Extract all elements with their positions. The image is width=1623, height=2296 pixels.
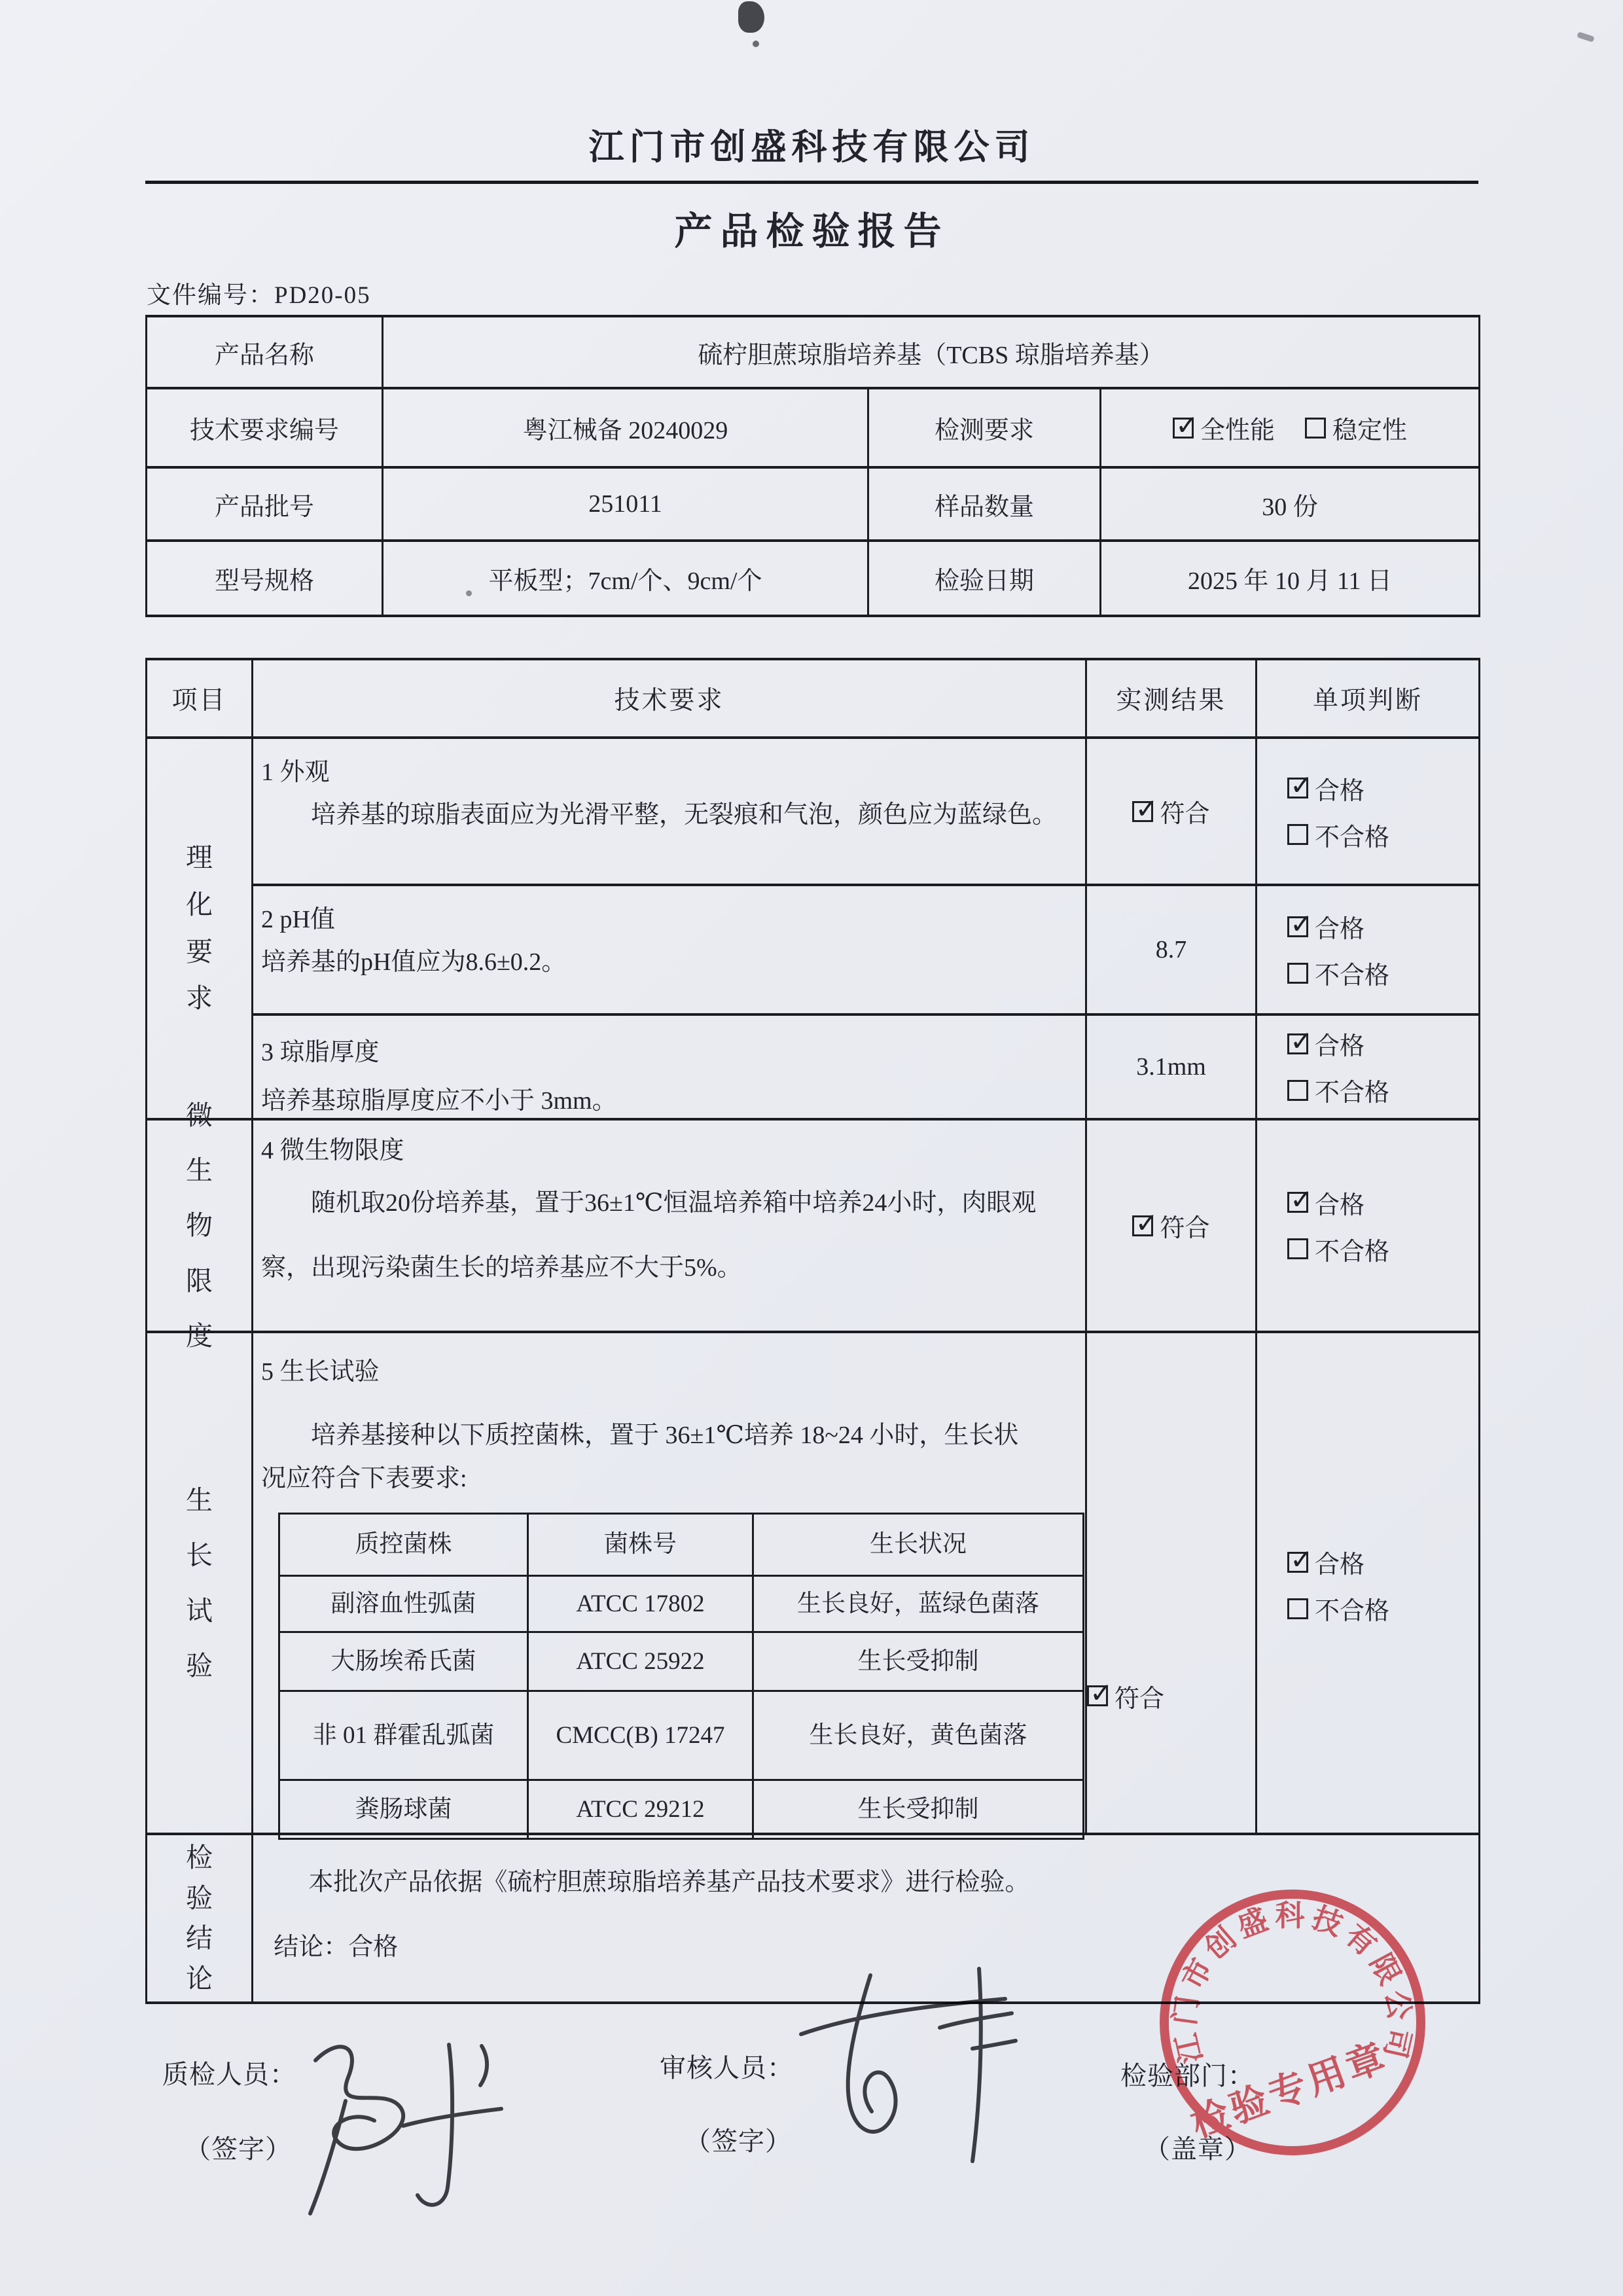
checkbox-checked-icon: ✓ [1287,1552,1308,1573]
strain-name: 非 01 群霍乱弧菌 [280,1692,529,1781]
col-header-judgement: 单项判断 [1257,660,1480,739]
result-thickness: 3.1mm [1087,1016,1257,1121]
growth-strain-table: 质控菌株 菌株号 生长状况 副溶血性弧菌 ATCC 17802 生长良好，蓝绿色… [278,1513,1084,1840]
col-header-requirement: 技术要求 [253,660,1087,739]
reviewer-signature [772,1950,1034,2193]
growth-status: 生长良好，蓝绿色菌落 [754,1577,1084,1633]
checkbox-result-pass: ✓ 符合 [1132,1208,1209,1244]
group-growth: 生长试验 [147,1333,253,1835]
model-value: 平板型；7cm/个、9cm/个 [383,542,869,617]
product-name-value: 硫柠胆蔗琼脂培养基（TCBS 琼脂培养基） [383,317,1480,389]
result-ph: 8.7 [1087,886,1257,1016]
document-number-value: PD20-05 [274,282,371,309]
checkbox-result-pass: ✓ 符合 [1087,1678,1164,1714]
company-inspection-stamp: 江门市创盛科技有限公司 检验专用章 [1122,1852,1463,2193]
growth-status: 生长受抑制 [754,1633,1084,1692]
check-icon: ✓ [1290,1025,1313,1057]
check-icon: ✓ [1290,1183,1313,1215]
product-name-label: 产品名称 [147,317,383,389]
checkbox-pass: ✓ 合格 [1287,1185,1364,1221]
strain-no-col-header: 菌株号 [529,1515,754,1577]
checkbox-unchecked-icon [1287,1598,1308,1619]
sample-qty-value: 30 份 [1101,469,1480,542]
sample-qty-label: 样品数量 [869,469,1101,542]
product-info-table: 产品名称 硫柠胆蔗琼脂培养基（TCBS 琼脂培养基） 技术要求编号 粤江械备 2… [145,315,1480,617]
strain-number: ATCC 29212 [529,1781,754,1840]
checkbox-checked-icon: ✓ [1132,801,1153,822]
conclusion-result: 结论：合格 [264,1926,398,1962]
qc-person-label: 质检人员： [162,2054,296,2091]
qc-sign-label: （签字） [185,2128,292,2166]
document-number: 文件编号：PD20-05 [147,275,371,310]
checkbox-stability: 稳定性 [1305,410,1407,446]
judge-thickness: ✓ 合格 不合格 [1257,1016,1480,1121]
checkbox-unchecked-icon [1287,963,1308,984]
strain-number: CMCC(B) 17247 [529,1692,754,1781]
strain-name: 大肠埃希氏菌 [280,1633,529,1692]
checkbox-checked-icon: ✓ [1132,1215,1153,1236]
checkbox-checked-icon: ✓ [1287,778,1308,798]
checkbox-pass: ✓ 合格 [1287,770,1364,806]
check-icon: ✓ [1290,1543,1313,1575]
checkbox-unchecked-icon [1287,1080,1308,1101]
req-ph: 2 pH值 培养基的pH值应为8.6±0.2。 [253,886,1087,1016]
col-header-item: 项目 [147,660,253,739]
judge-appearance: ✓ 合格 不合格 [1257,739,1480,886]
req-thickness: 3 琼脂厚度 培养基琼脂厚度应不小于 3mm。 [253,1016,1087,1121]
checkbox-unchecked-icon [1305,418,1326,439]
judge-ph: ✓ 合格 不合格 [1257,886,1480,1016]
checkbox-result-pass: ✓ 符合 [1132,793,1209,829]
growth-status: 生长受抑制 [754,1781,1084,1840]
checkbox-fail: 不合格 [1287,817,1389,853]
growth-status: 生长良好，黄色菌落 [754,1692,1084,1781]
strain-name: 粪肠球菌 [280,1781,529,1840]
checkbox-fail: 不合格 [1287,1590,1389,1626]
company-name: 江门市创盛科技有限公司 [145,119,1478,170]
strain-name: 副溶血性弧菌 [280,1577,529,1633]
check-icon: ✓ [1290,769,1313,801]
req-appearance: 1 外观 培养基的琼脂表面应为光滑平整，无裂痕和气泡，颜色应为蓝绿色。 [253,739,1087,886]
checkbox-fail: 不合格 [1287,1231,1389,1267]
checkbox-checked-icon: ✓ [1287,1033,1308,1054]
checkbox-pass: ✓ 合格 [1287,1544,1364,1580]
checkbox-fail: 不合格 [1287,1072,1389,1108]
batch-label: 产品批号 [147,469,383,542]
strain-col-header: 质控菌株 [280,1515,529,1577]
strain-number: ATCC 25922 [529,1633,754,1692]
checkbox-unchecked-icon [1287,1238,1308,1259]
batch-value: 251011 [383,469,869,542]
test-req-options: ✓ 全性能 稳定性 [1101,389,1480,469]
title-underline [145,181,1478,184]
checkbox-unchecked-icon [1287,824,1308,845]
tech-req-no-value: 粤江械备 20240029 [383,389,869,469]
check-icon: ✓ [1090,1677,1113,1709]
judge-growth: ✓ 合格 不合格 [1257,1333,1480,1835]
checkbox-checked-icon: ✓ [1087,1685,1108,1706]
check-icon: ✓ [1175,409,1198,441]
scan-artifact [1577,31,1595,43]
strain-number: ATCC 17802 [529,1577,754,1633]
tech-req-no-label: 技术要求编号 [147,389,383,469]
inspection-table: 项目 技术要求 实测结果 单项判断 理化要求 1 外观 培养基的琼脂表面应为光滑… [145,658,1480,2004]
col-header-result: 实测结果 [1087,660,1257,739]
checkbox-pass: ✓ 合格 [1287,1026,1364,1062]
scan-artifact [753,41,759,47]
checkbox-checked-icon: ✓ [1173,418,1194,439]
checkbox-fail: 不合格 [1287,955,1389,991]
date-value: 2025 年 10 月 11 日 [1101,542,1480,617]
checkbox-checked-icon: ✓ [1287,1192,1308,1213]
qc-signature [288,2022,524,2245]
document-number-label: 文件编号： [147,282,274,309]
result-micro: ✓ 符合 [1087,1121,1257,1333]
test-req-label: 检测要求 [869,389,1101,469]
growth-status-col-header: 生长状况 [754,1515,1084,1577]
group-micro: 微生物限度 [147,1121,253,1333]
scan-artifact [738,1,764,33]
checkbox-checked-icon: ✓ [1287,916,1308,937]
check-icon: ✓ [1135,1207,1158,1239]
req-growth: 5 生长试验 培养基接种以下质控菌株，置于 36±1℃培养 18~24 小时，生… [253,1333,1087,1835]
checkbox-pass: ✓ 合格 [1287,908,1364,944]
req-micro: 4 微生物限度 随机取20份培养基，置于36±1℃恒温培养箱中培养24小时，肉眼… [253,1121,1087,1333]
checkbox-full-performance: ✓ 全性能 [1173,410,1275,446]
result-growth: ✓ 符合 [1087,1333,1257,1835]
check-icon: ✓ [1135,793,1158,825]
scanned-inspection-report-page: 江门市创盛科技有限公司 产品检验报告 文件编号：PD20-05 产品名称 硫柠胆… [0,0,1623,2296]
result-appearance: ✓ 符合 [1087,739,1257,886]
group-conclusion: 检验结论 [147,1835,253,2004]
conclusion-basis: 本批次产品依据《硫柠胆蔗琼脂培养基产品技术要求》进行检验。 [264,1861,1029,1897]
check-icon: ✓ [1290,908,1313,940]
model-label: 型号规格 [147,542,383,617]
judge-micro: ✓ 合格 不合格 [1257,1121,1480,1333]
page-title: 产品检验报告 [145,200,1478,255]
group-physchem: 理化要求 [147,739,253,1121]
date-label: 检验日期 [869,542,1101,617]
